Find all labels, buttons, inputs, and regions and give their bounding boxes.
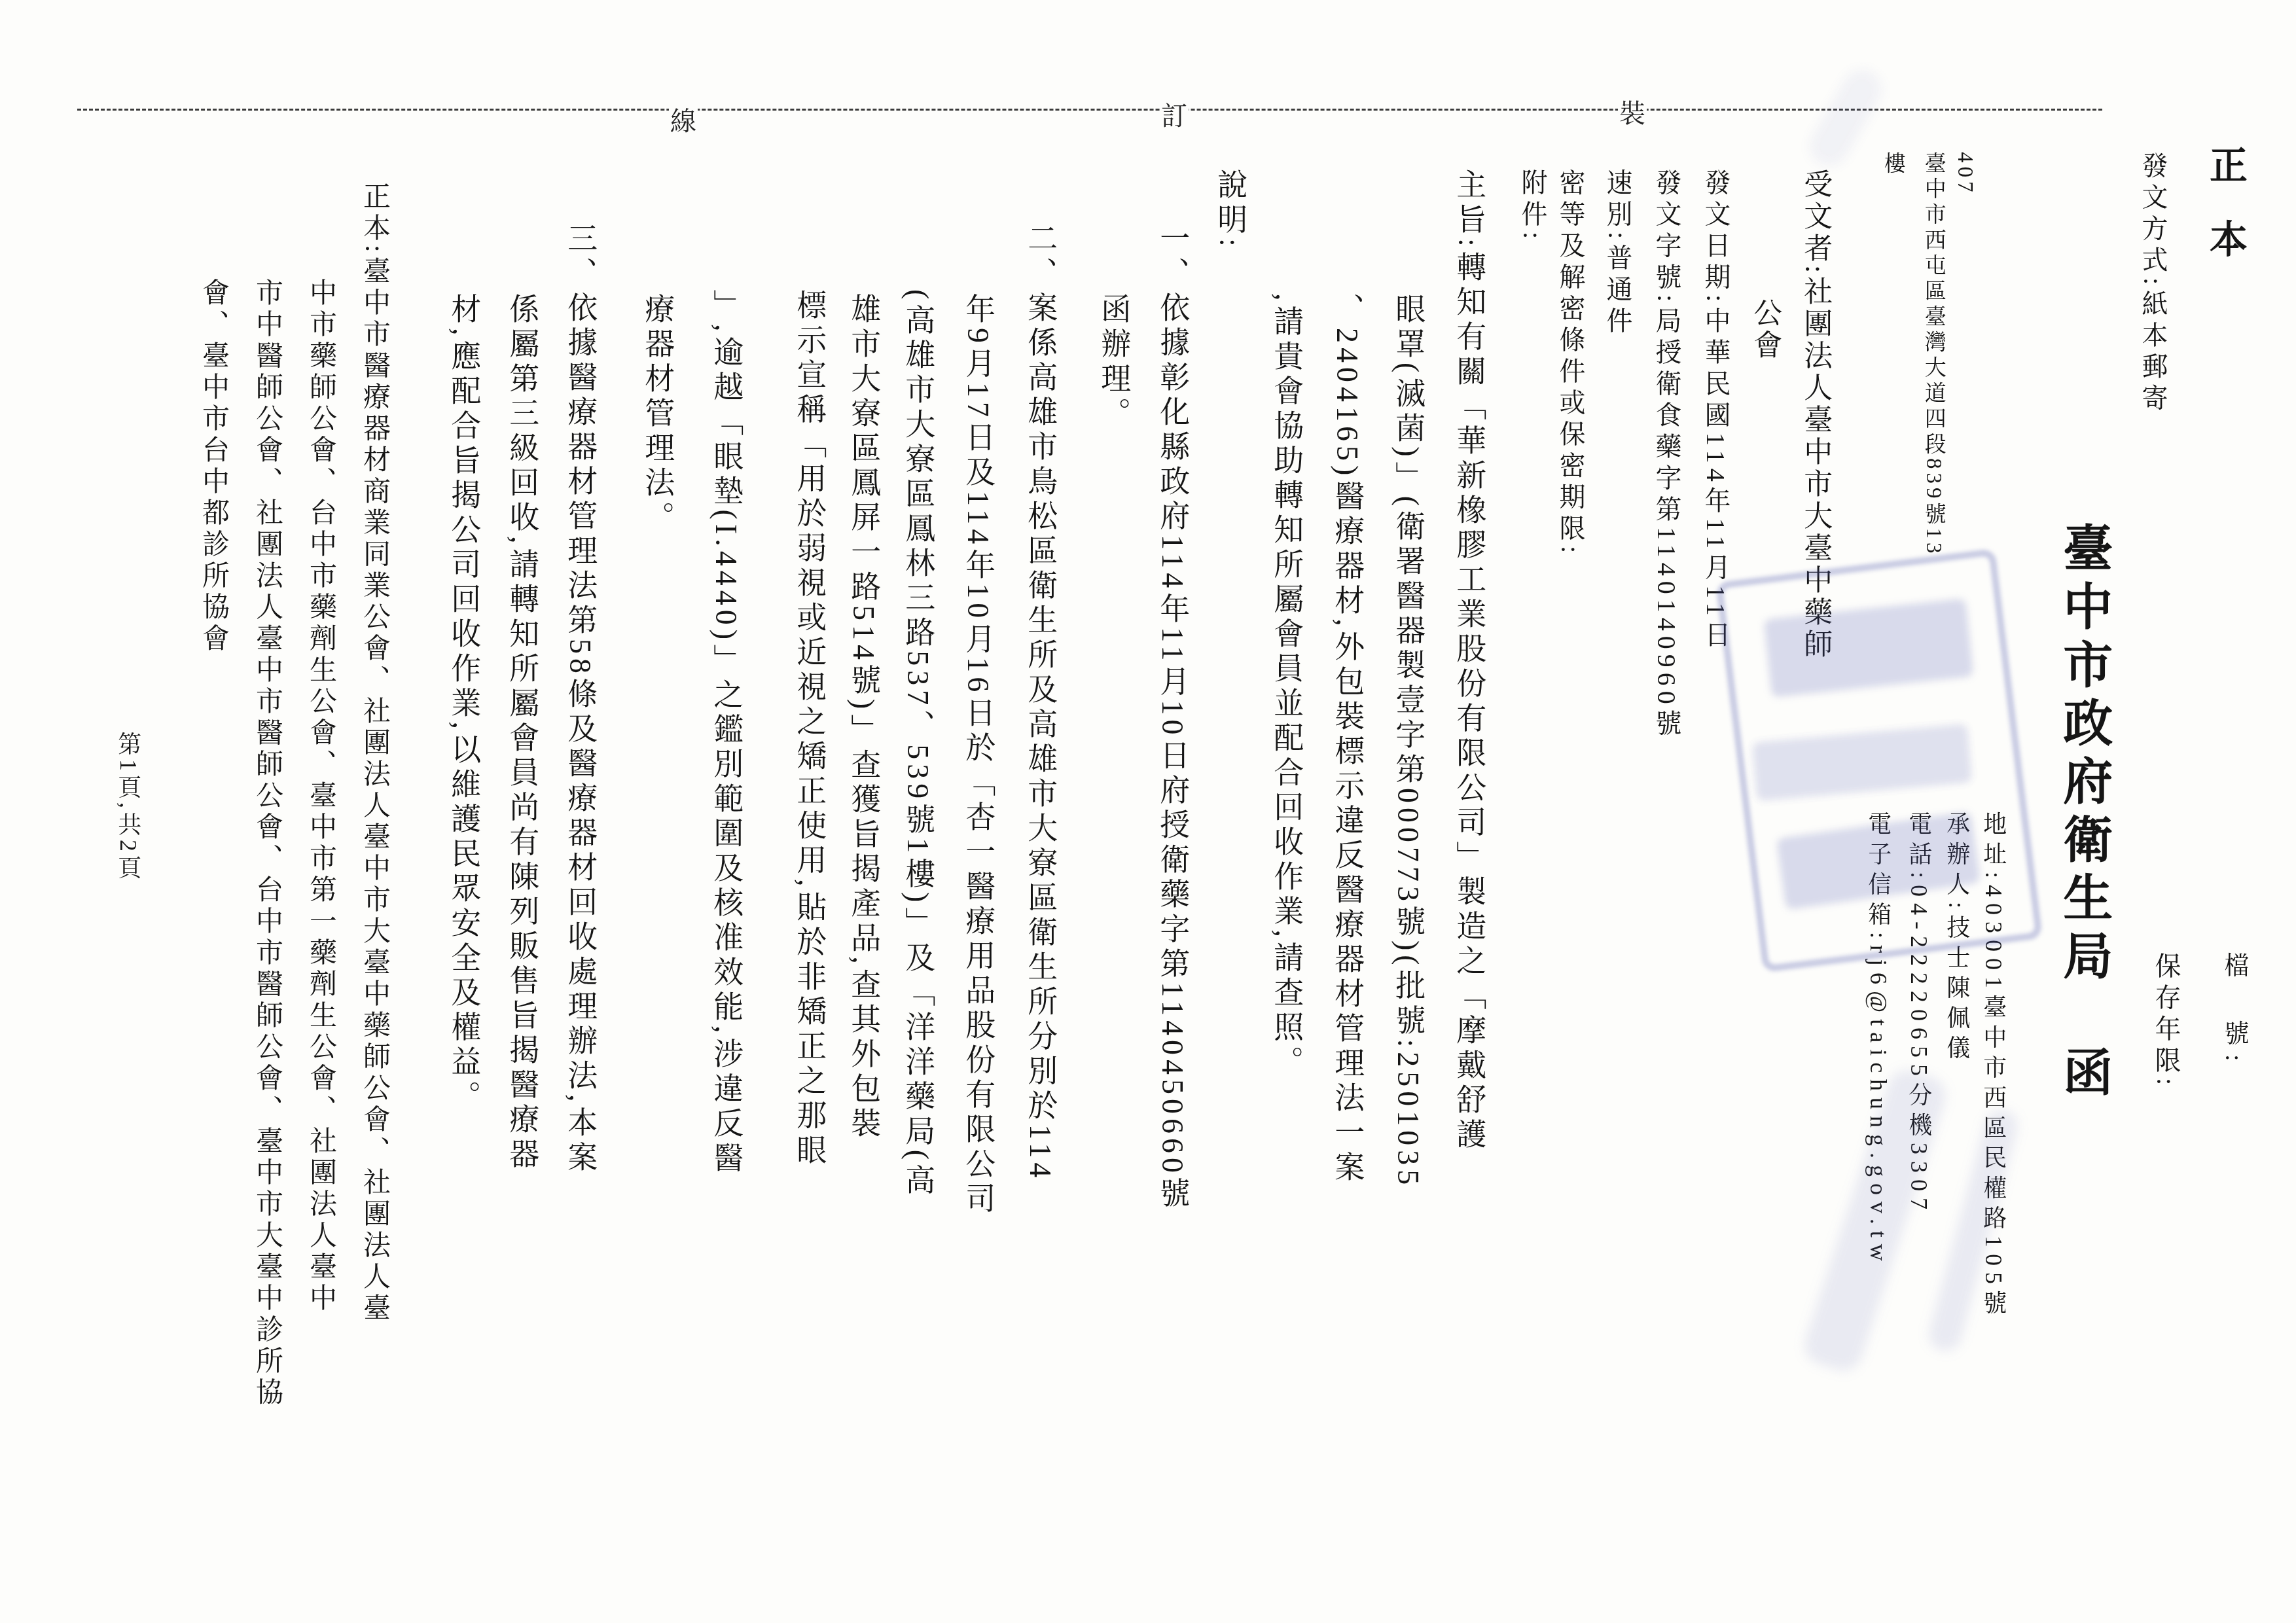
binding-mark-zhuang: 裝 [1618,89,1647,134]
ink-stamp-text-smudge-1 [1764,598,1974,698]
item-2-col-5: 標示宣稱「用於弱視或近視之矯正使用,貼於非矯正之那眼 [793,289,825,1169]
item-3-col-1: 三、依據醫療器材管理法第58條及醫療器材回收處理辦法,本案 [564,223,596,1176]
addressee-line: 受文者:社團法人臺中市大臺中藥師 [1800,169,1830,661]
scanned-letter-page: 裝 訂 線 正本 發文方式:紙本郵寄 檔 號: 保存年限: 臺中市政府衛生局 函… [0,0,2296,1623]
attachment-label: 附件: [1518,169,1546,244]
copies-list-col-2: 中市藥師公會、台中市藥劑生公會、臺中市第一藥劑生公會、社團法人臺中 [306,278,335,1315]
page-number: 第1頁,共2頁 [115,732,140,883]
recipient-zip: 407 [1953,152,1976,196]
subject-col-4: ,請貴會協助轉知所屬會員並配合回收作業,請查照。 [1270,293,1302,1080]
recipient-street: 臺中市西屯區臺灣大道四段839號13 [1922,152,1945,558]
item-2-col-1: 二、案係高雄市鳥松區衛生所及高雄市大寮區衛生所分別於114 [1024,223,1056,1182]
subject-col-2: 眼罩(滅菌)」(衛署醫器製壹字第000773號)(批號:2501035 [1392,293,1424,1189]
item-2-col-4: 雄市大寮區鳳屏一路514號)」查獲旨揭產品,查其外包裝 [848,293,879,1142]
ink-stamp-streak-2 [1926,1106,2022,1355]
contact-officer: 承辦人:技士陳佩儀 [1944,811,1969,1065]
item-2-col-3: (高雄市大寮區鳳林三路537、539號1樓)」及「洋洋藥局(高 [902,289,933,1199]
speed-class: 速別:普通件 [1604,169,1631,338]
item-2-col-6: 」,逾越「眼墊(I.4440)」之鑑別範圍及核准效能,涉違反醫 [710,289,742,1176]
item-2-col-7: 療器材管理法。 [641,293,673,536]
file-number-label: 檔 號: [2220,952,2246,1071]
agency-title: 臺中市政府衛生局 函 [2056,522,2109,1105]
item-2-col-2: 年9月17日及114年10月16日於「杏一醫療用品股份有限公司 [962,293,994,1217]
doc-number: 發文字號:局授衛食藥字第1140140960號 [1653,169,1680,741]
subject-col-3: 、2404165)醫療器材,外包裝標示違反醫療器材管理法一案 [1331,293,1363,1186]
item-3-col-3: 材,應配合旨揭公司回收作業,以維護民眾安全及權益。 [448,293,479,1115]
delivery-method: 發文方式:紙本郵寄 [2139,152,2166,416]
copies-list-col-1: 正本:臺中市醫療器材商業同業公會、社團法人臺中市大臺中藥師公會、社團法人臺 [360,182,389,1325]
ink-stamp-text-smudge-2 [1752,724,1973,801]
binding-mark-xian: 線 [669,97,698,142]
contact-email: 電子信箱:rj6@taichung.gov.tw [1865,811,1890,1268]
subject-col-1: 主旨:轉知有關「華新橡膠工業股份有限公司」製造之「摩戴舒護 [1453,169,1484,1153]
binding-mark-ding: 訂 [1160,92,1189,137]
explanation-label: 說明: [1214,169,1246,251]
contact-phone: 電話:04-22220655分機3307 [1906,811,1931,1216]
copy-type-mark: 正本 [2204,145,2244,293]
copies-list-col-4: 會、臺中市台中都診所協會 [199,278,228,655]
binding-dashed-line [77,109,2102,111]
retention-period-label: 保存年限: [2152,952,2179,1090]
contact-address: 地址:403001臺中市西區民權路105號 [1981,811,2005,1321]
recipient-street-wrap: 樓 [1881,152,1904,177]
item-3-col-2: 係屬第三級回收,請轉知所屬會員尚有陳列販售旨揭醫療器 [506,293,537,1173]
item-1-col-2: 函辦理。 [1098,293,1129,432]
security-class: 密等及解密條件或保密期限: [1556,169,1584,558]
item-1-col-1: 一、依據彰化縣政府114年11月10日府授衛藥字第1140450660號 [1157,223,1188,1212]
issue-date: 發文日期:中華民國114年11月11日 [1702,169,1729,652]
copies-list-col-3: 市中醫師公會、社團法人臺中市醫師公會、台中市醫師公會、臺中市大臺中診所協 [253,278,281,1409]
ink-stamp-streak-3 [1803,63,1889,173]
addressee-line-wrap: 公會 [1749,298,1780,362]
